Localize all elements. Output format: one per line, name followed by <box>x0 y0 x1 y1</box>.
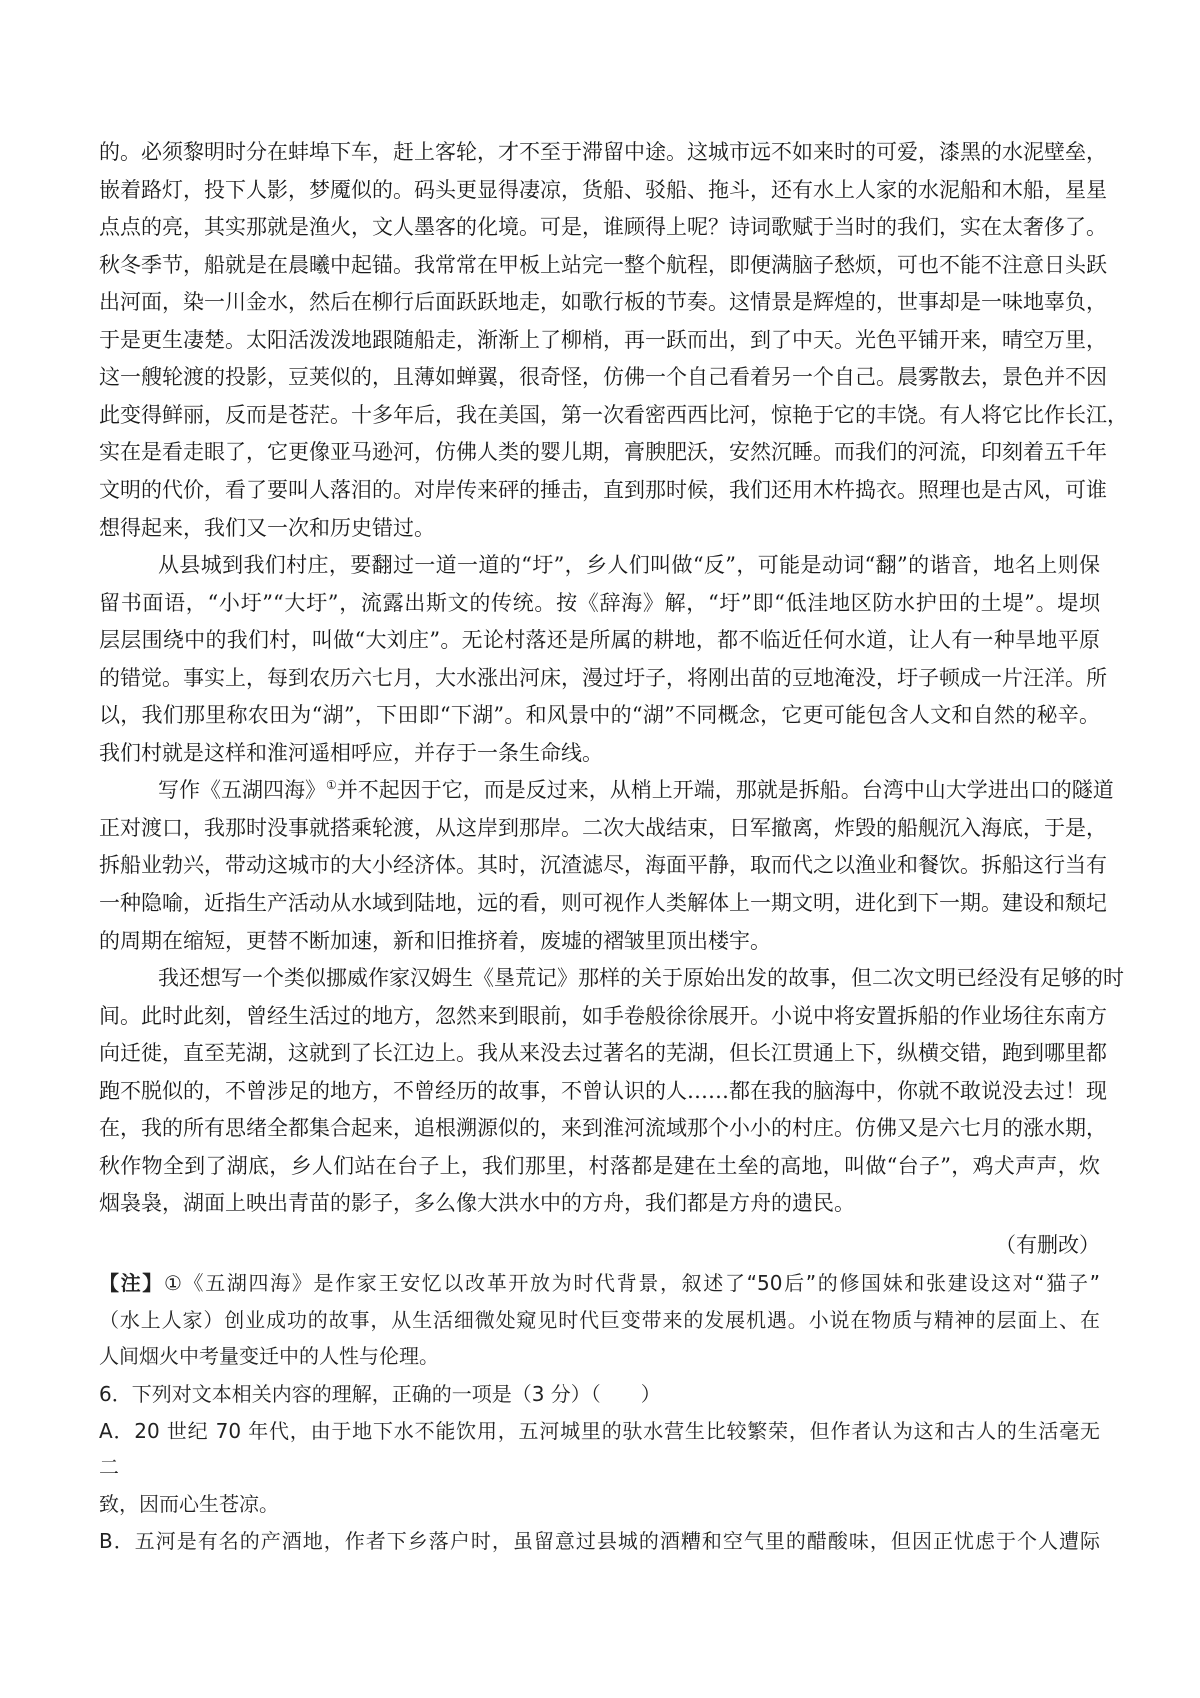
question-stem: 6．下列对文本相关内容的理解，正确的一项是（3 分）（ ） <box>99 1379 1100 1409</box>
book-title-text: 写作《五湖四海》 <box>158 778 326 802</box>
passage-line: 层层围绕中的我们村，叫做“大刘庄”。无论村落还是所属的耕地，都不临近任何水道，让… <box>99 625 1100 655</box>
passage-line: 点点的亮，其实那就是渔火，文人墨客的化境。可是，谁顾得上呢？诗词歌赋于当时的我们… <box>99 212 1100 242</box>
passage-line: 从县城到我们村庄，要翻过一道一道的“圩”，乡人们叫做“反”，可能是动词“翻”的谐… <box>158 550 1100 580</box>
passage-line: 我还想写一个类似挪威作家汉姆生《垦荒记》那样的关于原始出发的故事，但二次文明已经… <box>158 963 1100 993</box>
passage-line: 出河面，染一川金水，然后在柳行后面跃跃地走，如歌行板的节奏。这情景是辉煌的，世事… <box>99 287 1100 317</box>
passage-line: 向迁徙，直至芜湖，这就到了长江边上。我从来没去过著名的芜湖，但长江贯通上下，纵横… <box>99 1038 1100 1068</box>
footnote-label: 【注】 <box>99 1271 164 1295</box>
option-a-line: 二 <box>99 1452 1100 1482</box>
passage-line: 这一艘轮渡的投影，豆荚似的，且薄如蝉翼，很奇怪，仿佛一个自己看着另一个自己。晨雾… <box>99 362 1100 392</box>
passage-line: 一种隐喻，近指生产活动从水域到陆地，远的看，则可视作人类解体上一期文明，进化到下… <box>99 888 1100 918</box>
footnote-line: 人间烟火中考量变迁中的人性与伦理。 <box>99 1341 1100 1371</box>
option-a-line: 致，因而心生苍凉。 <box>99 1489 1100 1519</box>
passage-line: 写作《五湖四海》①并不起因于它，而是反过来，从梢上开端，那就是拆船。台湾中山大学… <box>158 775 1100 805</box>
footnote-line: （水上人家）创业成功的故事，从生活细微处窥见时代巨变带来的发展机遇。小说在物质与… <box>99 1305 1100 1335</box>
passage-line: 秋冬季节，船就是在晨曦中起锚。我常常在甲板上站完一整个航程，即便满脑子愁烦，可也… <box>99 250 1100 280</box>
footnote-marker: ① <box>326 778 337 792</box>
footnote-text: ①《五湖四海》是作家王安忆以改革开放为时代背景，叙述了“50后”的修国妹和张建设… <box>164 1271 1100 1295</box>
passage-line: 的。必须黎明时分在蚌埠下车，赶上客轮，才不至于滞留中途。这城市远不如来时的可爱，… <box>99 137 1100 167</box>
passage-line: 留书面语，“小圩”“大圩”，流露出斯文的传统。按《辞海》解，“圩”即“低洼地区防… <box>99 588 1100 618</box>
source-note: （有删改） <box>99 1230 1100 1260</box>
line-text: 并不起因于它，而是反过来，从梢上开端，那就是拆船。台湾中山大学进出口的隧道 <box>337 778 1114 802</box>
passage-line: 正对渡口，我那时没事就搭乘轮渡，从这岸到那岸。二次大战结束，日军撤离，炸毁的船舰… <box>99 813 1100 843</box>
passage-line: 的周期在缩短，更替不断加速，新和旧推挤着，废墟的褶皱里顶出楼宇。 <box>99 926 1100 956</box>
passage-line: 间。此时此刻，曾经生活过的地方，忽然来到眼前，如手卷般徐徐展开。小说中将安置拆船… <box>99 1001 1100 1031</box>
passage-line: 此变得鲜丽，反而是苍茫。十多年后，我在美国，第一次看密西西比河，惊艳于它的丰饶。… <box>99 400 1100 430</box>
passage-line: 秋作物全到了湖底，乡人们站在台子上，我们那里，村落都是建在土垒的高地，叫做“台子… <box>99 1151 1100 1181</box>
passage-line: 嵌着路灯，投下人影，梦魇似的。码头更显得凄凉，货船、驳船、拖斗，还有水上人家的水… <box>99 175 1100 205</box>
passage-line: 跑不脱似的，不曾涉足的地方，不曾经历的故事，不曾认识的人……都在我的脑海中，你就… <box>99 1076 1100 1106</box>
passage-line: 的错觉。事实上，每到农历六七月，大水涨出河床，漫过圩子，将刚出苗的豆地淹没，圩子… <box>99 663 1100 693</box>
passage-line: 文明的代价，看了要叫人落泪的。对岸传来砰的捶击，直到那时候，我们还用木杵捣衣。照… <box>99 475 1100 505</box>
option-b-line: B．五河是有名的产酒地，作者下乡落户时，虽留意过县城的酒糟和空气里的醋酸味，但因… <box>99 1526 1100 1556</box>
passage-line: 拆船业勃兴，带动这城市的大小经济体。其时，沉渣滤尽，海面平静，取而代之以渔业和餐… <box>99 850 1100 880</box>
option-a-line: A．20 世纪 70 年代，由于地下水不能饮用，五河城里的驮水营生比较繁荣，但作… <box>99 1416 1100 1446</box>
passage-line: 我们村就是这样和淮河遥相呼应，并存于一条生命线。 <box>99 738 1100 768</box>
passage-line: 以，我们那里称农田为“湖”，下田即“下湖”。和风景中的“湖”不同概念，它更可能包… <box>99 700 1100 730</box>
passage-line: 于是更生凄楚。太阳活泼泼地跟随船走，渐渐上了柳梢，再一跃而出，到了中天。光色平铺… <box>99 325 1100 355</box>
footnote-line: 【注】①《五湖四海》是作家王安忆以改革开放为时代背景，叙述了“50后”的修国妹和… <box>99 1268 1100 1298</box>
passage-line: 实在是看走眼了，它更像亚马逊河，仿佛人类的婴儿期，膏腴肥沃，安然沉睡。而我们的河… <box>99 437 1100 467</box>
passage-line: 烟袅袅，湖面上映出青苗的影子，多么像大洪水中的方舟，我们都是方舟的遗民。 <box>99 1188 1100 1218</box>
passage-line: 在，我的所有思绪全都集合起来，追根溯源似的，来到淮河流域那个小小的村庄。仿佛又是… <box>99 1113 1100 1143</box>
passage-line: 想得起来，我们又一次和历史错过。 <box>99 513 1100 543</box>
exam-page: 的。必须黎明时分在蚌埠下车，赶上客轮，才不至于滞留中途。这城市远不如来时的可爱，… <box>0 0 1200 1698</box>
